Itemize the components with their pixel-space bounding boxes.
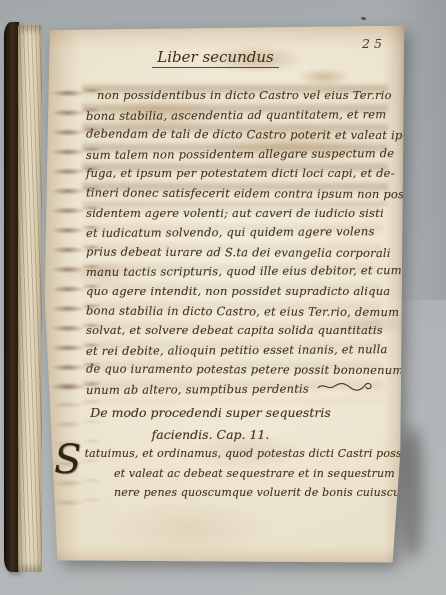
manuscript-line: manu tactis scripturis, quod ille eius d…	[86, 261, 400, 283]
chapter-heading-line: faciendis. Cap. 11.	[40, 424, 381, 446]
running-title: Liber secundus	[40, 48, 391, 66]
manuscript-page: 25 Liber secundus non possidentibus in d…	[40, 23, 405, 568]
background-speck	[361, 16, 367, 20]
paragraph-line: et valeat ac debeat sequestrare et in se…	[114, 464, 400, 484]
manuscript-line: unum ab altero, sumptibus perdentis	[86, 379, 400, 401]
running-title-text: Liber secundus	[152, 48, 278, 68]
manuscript-photo: 25 Liber secundus non possidentibus in d…	[0, 0, 446, 595]
manuscript-line: sidentem agere volenti; aut caveri de iu…	[86, 204, 400, 224]
paragraph-line: nere penes quoscumque voluerit de bonis …	[114, 483, 400, 503]
paper-surface: 25 Liber secundus non possidentibus in d…	[40, 23, 405, 568]
chapter-heading: De modo procedendi super sequestris faci…	[40, 402, 381, 445]
manuscript-line: prius debeat iurare ad S.ta dei evangeli…	[86, 242, 400, 263]
book-spine	[4, 22, 19, 572]
page-stack-edges	[18, 25, 42, 572]
manuscript-line: de quo iuramento potestas petere possit …	[86, 360, 400, 381]
chapter-heading-line: De modo procedendi super sequestris	[40, 402, 381, 424]
manuscript-line: quo agere intendit, non possidet supradi…	[86, 282, 400, 302]
manuscript-line: et rei debite, alioquin petitio esset in…	[86, 340, 400, 362]
drop-cap-initial: S	[54, 444, 85, 476]
paragraph-line-text: tatuimus, et ordinamus, quod potestas di…	[85, 447, 410, 460]
manuscript-line: bona stabilia in dicto Castro, et eius T…	[86, 301, 400, 322]
paragraph-line: Statuimus, et ordinamus, quod potestas d…	[54, 444, 400, 464]
manuscript-line: fuga, et ipsum per potestatem dicti loci…	[86, 164, 400, 184]
body-text: non possidentibus in dicto Castro vel ei…	[86, 86, 400, 400]
manuscript-line: bona stabilia, ascendentia ad quantitate…	[86, 105, 400, 127]
manuscript-line: et iudicatum solvendo, qui quidem agere …	[86, 222, 400, 244]
chapter-paragraph: Statuimus, et ordinamus, quod potestas d…	[54, 444, 400, 503]
manuscript-line: tineri donec satisfecerit eidem contra i…	[86, 183, 400, 204]
manuscript-line: non possidentibus in dicto Castro vel ei…	[86, 86, 400, 106]
manuscript-line: solvat, et solvere debeat capita solida …	[86, 321, 400, 341]
pen-flourish-icon	[317, 381, 375, 391]
manuscript-line-text: unum ab altero, sumptibus perdentis	[86, 382, 309, 397]
manuscript-line: debendam de tali de dicto Castro poterit…	[86, 125, 400, 146]
manuscript-line: sum talem non possidentem allegare suspe…	[86, 144, 400, 166]
